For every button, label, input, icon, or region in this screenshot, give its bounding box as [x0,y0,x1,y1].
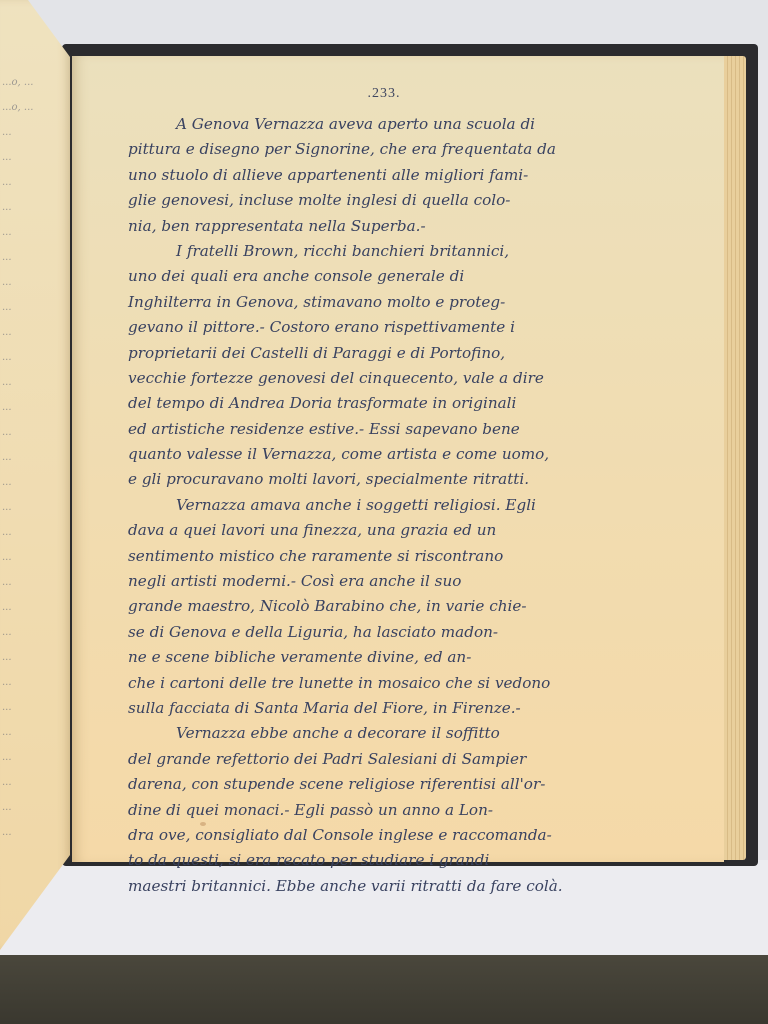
left-page-line: ... [2,195,62,220]
manuscript-line: darena, con stupende scene religiose rif… [128,772,698,797]
left-page-line: ... [2,770,62,795]
manuscript-line: proprietarii dei Castelli di Paraggi e d… [128,341,698,366]
manuscript-line: del tempo di Andrea Doria trasformate in… [128,391,698,416]
left-page-line: ... [2,670,62,695]
manuscript-line: Vernazza ebbe anche a decorare il soffit… [128,721,698,746]
manuscript-line: ne e scene bibliche veramente divine, ed… [128,645,698,670]
left-page-line: ... [2,695,62,720]
left-page-line: ... [2,320,62,345]
left-page-line: ... [2,620,62,645]
left-page-line: ... [2,545,62,570]
manuscript-line: gevano il pittore.- Costoro erano rispet… [128,315,698,340]
left-page-line: ... [2,120,62,145]
left-page: ...o, ......o, .........................… [0,0,70,950]
left-page-line: ... [2,370,62,395]
left-page-line: ... [2,795,62,820]
manuscript-line: dine di quei monaci.- Egli passò un anno… [128,798,698,823]
manuscript-line: nia, ben rappresentata nella Superba.- [128,214,698,239]
manuscript-line: ed artistiche residenze estive.- Essi sa… [128,417,698,442]
left-page-line: ... [2,270,62,295]
left-page-line: ... [2,345,62,370]
left-page-line: ... [2,495,62,520]
manuscript-line: dra ove, consigliato dal Console inglese… [128,823,698,848]
left-page-line: ... [2,395,62,420]
left-page-line: ... [2,595,62,620]
manuscript-line: del grande refettorio dei Padri Salesian… [128,747,698,772]
manuscript-line: to da questi, si era recato per studiare… [128,848,698,873]
manuscript-line: pittura e disegno per Signorine, che era… [128,137,698,162]
left-page-line: ... [2,445,62,470]
manuscript-line: uno dei quali era anche console generale… [128,264,698,289]
manuscript-line: sentimento mistico che raramente si risc… [128,544,698,569]
manuscript-line: negli artisti moderni.- Così era anche i… [128,569,698,594]
manuscript-line: grande maestro, Nicolò Barabino che, in … [128,594,698,619]
manuscript-line: se di Genova e della Liguria, ha lasciat… [128,620,698,645]
manuscript-line: A Genova Vernazza aveva aperto una scuol… [128,112,698,137]
manuscript-line: uno stuolo di allieve appartenenti alle … [128,163,698,188]
left-page-line: ... [2,470,62,495]
manuscript-line: I fratelli Brown, ricchi banchieri brita… [128,239,698,264]
manuscript-line: Inghilterra in Genova, stimavano molto e… [128,290,698,315]
table-surface [0,955,768,1024]
left-page-line: ... [2,570,62,595]
manuscript-line: maestri britannici. Ebbe anche varii rit… [128,874,698,899]
left-page-line: ... [2,145,62,170]
manuscript-line: Vernazza amava anche i soggetti religios… [128,493,698,518]
manuscript-text: A Genova Vernazza aveva aperto una scuol… [128,112,698,899]
manuscript-line: dava a quei lavori una finezza, una graz… [128,518,698,543]
left-page-handwriting: ...o, ......o, .........................… [2,70,62,850]
left-page-line: ... [2,645,62,670]
left-page-line: ... [2,820,62,845]
manuscript-line: che i cartoni delle tre lunette in mosai… [128,671,698,696]
manuscript-line: quanto valesse il Vernazza, come artista… [128,442,698,467]
left-page-line: ... [2,220,62,245]
left-page-line: ... [2,420,62,445]
left-page-line: ... [2,170,62,195]
manuscript-line: vecchie fortezze genovesi del cinquecent… [128,366,698,391]
manuscript-line: glie genovesi, incluse molte inglesi di … [128,188,698,213]
left-page-line: ... [2,245,62,270]
manuscript-line: e gli procuravano molti lavori, specialm… [128,467,698,492]
manuscript-line: sulla facciata di Santa Maria del Fiore,… [128,696,698,721]
page-number: .233. [0,86,768,102]
left-page-line: ... [2,720,62,745]
left-page-line: ... [2,745,62,770]
left-page-line: ... [2,295,62,320]
left-page-line: ... [2,520,62,545]
